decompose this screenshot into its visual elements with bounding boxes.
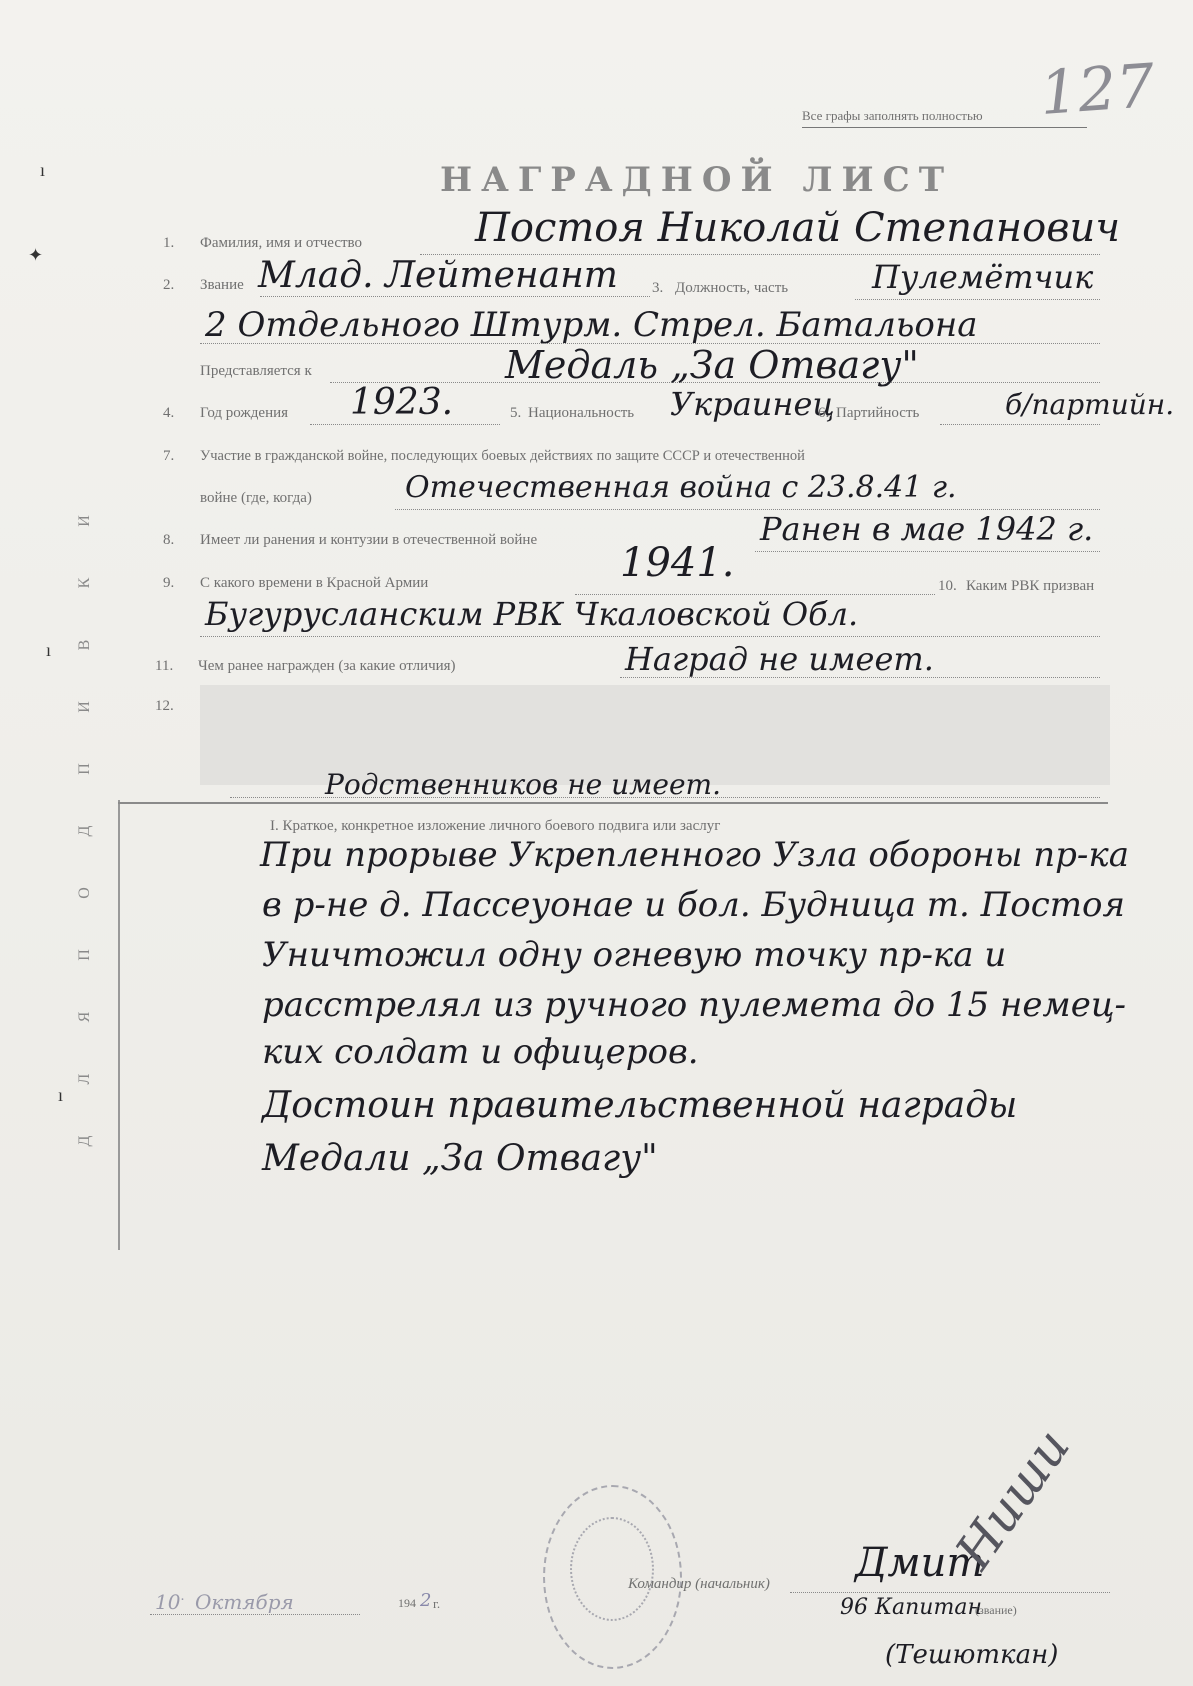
date-day: 10 [155,1590,180,1614]
field-6-value: б/партийн. [1005,388,1174,421]
field-8-number: 8. [163,532,174,549]
field-9-number: 9. [163,575,174,592]
field-8-value: Ранен в мае 1942 г. [760,510,1093,548]
feat-line-6: Достоин правительственной награды [262,1085,1017,1126]
date-year-suffix: 2 [420,1590,431,1611]
field-5-label: Национальность [528,405,634,422]
field-7-value: Отечественная война с 23.8.41 г. [405,470,957,505]
feat-line-5: ких солдат и офицеров. [262,1032,699,1072]
presented-for-label: Представляется к [200,363,312,380]
field-9-label: С какого времени в Красной Армии [200,575,428,592]
presented-for-value: Медаль „За Отвагу" [505,343,919,387]
field-7-label-line2: войне (где, когда) [200,490,312,507]
field-1-number: 1. [163,235,174,252]
feat-line-3: Уничтожил одну огневую точку пр-ка и [262,935,1006,975]
document-title: НАГРАДНОЙ ЛИСТ [440,160,953,200]
feat-line-1: При прорыве Укрепленного Узла обороны пр… [260,835,1129,875]
field-12-number: 12. [155,698,174,715]
date-year-prefix: 194 [398,1596,416,1611]
second-signature-scrawl: Ниши [944,1419,1081,1580]
field-1-label: Фамилия, имя и отчество [200,235,362,252]
field-6-label: Партийность [836,405,919,422]
commander-name: (Тешюткан) [885,1640,1058,1670]
fill-all-fields-note: Все графы заполнять полностью [802,108,983,124]
rank-label: (звание) [975,1603,1017,1618]
field-11-value: Наград не имеет. [625,640,934,678]
side-vertical-label: ИКВИПДОПЯЛД [92,490,116,1172]
field-10-number: 10. [938,578,957,595]
field-7-label: Участие в гражданской войне, последующих… [200,448,805,465]
date-month: Октября [195,1590,294,1614]
field-10-label: Каким РВК призван [966,578,1094,595]
feat-label: I. Краткое, конкретное изложение личного… [270,818,720,835]
commander-label: Командир (начальник) [628,1576,770,1593]
date-year-unit: г. [433,1596,440,1612]
field-7-number: 7. [163,448,174,465]
field-8-label: Имеет ли ранения и контузии в отечествен… [200,532,537,549]
field-3-label: Должность, часть [675,280,788,297]
field-2-value: Млад. Лейтенант [258,255,618,296]
field-6-number: 6. [818,405,829,422]
award-sheet-page: Все графы заполнять полностью 127 НАГРАД… [0,0,1193,1686]
side-border-line [118,800,120,1250]
commander-rank-value: 96 Капитан [840,1595,982,1620]
field-5-number: 5. [510,405,521,422]
field-2-label: Звание [200,277,244,294]
section-divider [118,802,1108,804]
archive-number: 127 [1038,51,1157,129]
feat-line-4: расстрелял из ручного пулемета до 15 нем… [262,985,1126,1025]
field-4-number: 4. [163,405,174,422]
feat-line-7: Медали „За Отвагу" [262,1138,658,1179]
field-10-value: Бугурусланским РВК Чкаловской Обл. [205,595,858,633]
field-5-value: Украинец [670,385,835,423]
field-1-value: Постоя Николай Степанович [475,205,1120,251]
field-11-label: Чем ранее награжден (за какие отличия) [198,658,456,675]
field-2-number: 2. [163,277,174,294]
field-9-value: 1941. [620,540,735,586]
field-4-label: Год рождения [200,405,288,422]
feat-line-2: в р-не д. Пассеуонае и бол. Будница т. П… [262,885,1125,925]
field-4-value: 1923. [350,382,453,423]
field-3-value-line2: 2 Отдельного Штурм. Стрел. Батальона [205,305,978,345]
field-3-value: Пулемётчик [872,258,1093,296]
field-3-number: 3. [652,280,663,297]
field-11-number: 11. [155,658,173,675]
